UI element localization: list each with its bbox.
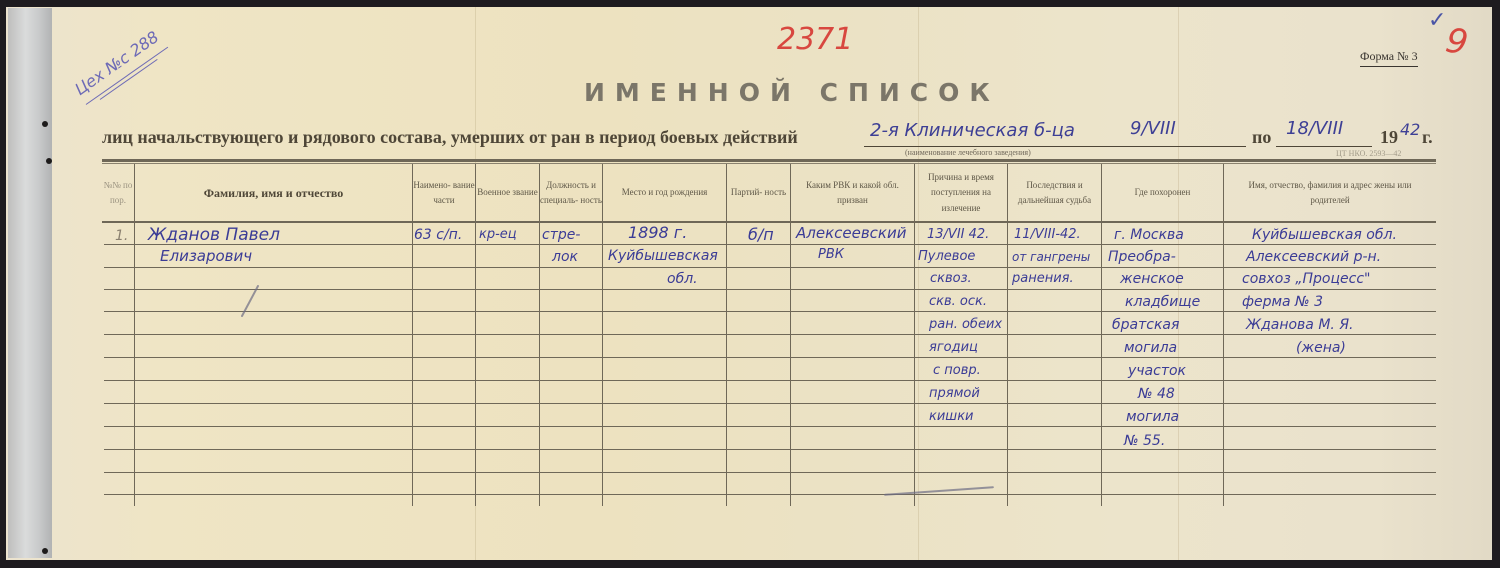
- table-header-rule: [102, 221, 1436, 223]
- col-header-buried: Где похоронен: [1102, 166, 1223, 220]
- binding-tape: [8, 8, 52, 558]
- cell-buried-line: № 55.: [1124, 430, 1165, 452]
- cell-position-line: лок: [552, 246, 578, 268]
- binding-hole: [46, 158, 52, 164]
- red-stamp-number: 2371: [777, 22, 853, 57]
- col-header-rank: Военное звание: [476, 166, 539, 220]
- table-top-rule: [102, 159, 1436, 162]
- institution-name: 2-я Клиническая б-ца: [870, 120, 1075, 141]
- cell-cause-line: ягодиц: [929, 337, 978, 359]
- year-suffix: г.: [1422, 127, 1433, 148]
- row-rule: [104, 289, 1436, 290]
- cell-cause-line: с повр.: [933, 360, 981, 382]
- cell-buried-line: братская: [1112, 314, 1179, 336]
- row-rule: [104, 472, 1436, 473]
- document-subtitle: лиц начальствующего и рядового состава, …: [102, 127, 798, 148]
- row-rule: [104, 311, 1436, 312]
- cell-position-line: стре-: [542, 224, 580, 246]
- cell-buried-line: Преобра-: [1108, 246, 1176, 268]
- institution-caption: (наименование лечебного заведения): [905, 148, 1031, 157]
- cell-cause-line: ран. обеих: [929, 314, 1002, 336]
- cell-birth-line: Куйбышевская: [608, 245, 718, 267]
- cell-buried-line: г. Москва: [1114, 224, 1184, 246]
- cell-rvk-line: Алексеевский: [796, 222, 907, 244]
- binding-hole: [42, 121, 48, 127]
- col-header-name: Фамилия, имя и отчество: [135, 166, 412, 220]
- cell-cause-line: скв. оск.: [929, 291, 987, 313]
- cell-rank: кр-ец: [479, 224, 517, 246]
- cell-outcome-line: 11/VIII-42.: [1014, 224, 1081, 246]
- row-rule: [104, 426, 1436, 427]
- col-header-rvk: Каким РВК и какой обл. призван: [791, 166, 914, 220]
- cell-buried-line: женское: [1120, 268, 1184, 290]
- cell-buried-line: № 48: [1138, 383, 1175, 405]
- checkmark-icon: ✓: [1428, 8, 1446, 33]
- date-to-label: по: [1252, 127, 1271, 148]
- cell-cause-line: прямой: [929, 383, 980, 405]
- cell-party: б/п: [748, 224, 774, 246]
- row-rule: [104, 334, 1436, 335]
- cell-num: 1.: [115, 225, 128, 247]
- binding-hole: [42, 548, 48, 554]
- col-header-unit: Наимено- вание части: [413, 166, 475, 220]
- cell-cause-line: 13/VII 42.: [927, 224, 989, 246]
- cell-buried-line: кладбище: [1125, 291, 1200, 313]
- document-title: ИМЕННОЙ СПИСОК: [584, 78, 1000, 107]
- cell-birth-line: 1898 г.: [628, 222, 687, 244]
- cell-outcome-line: ранения.: [1012, 268, 1074, 290]
- cell-buried-line: участок: [1128, 360, 1186, 382]
- year-handwritten: 42: [1400, 120, 1420, 139]
- col-header-num: №№ по пор.: [102, 166, 134, 220]
- cell-name-line: Елизарович: [160, 245, 252, 267]
- row-rule: [104, 494, 1436, 495]
- form-number: Форма № 3: [1360, 49, 1418, 67]
- row-rule: [104, 357, 1436, 358]
- col-header-party: Партий- ность: [727, 166, 790, 220]
- cell-relatives-line: ферма № 3: [1242, 291, 1323, 313]
- institution-line: [864, 146, 1246, 147]
- col-header-birth: Место и год рождения: [603, 166, 726, 220]
- cell-cause-line: сквоз.: [930, 268, 972, 290]
- date-to-line: [1276, 146, 1372, 147]
- cell-name-line: Жданов Павел: [148, 224, 280, 246]
- cell-cause-line: Пулевое: [918, 246, 975, 268]
- col-header-cause: Причина и время поступления на излечение: [915, 166, 1007, 220]
- cell-cause-line: кишки: [929, 406, 974, 428]
- row-rule: [104, 380, 1436, 381]
- date-from: 9/VIII: [1130, 118, 1176, 139]
- col-header-position: Должность и специаль- ность: [540, 166, 602, 220]
- cell-outcome-line: от гангрены: [1012, 246, 1090, 268]
- row-rule: [104, 449, 1436, 450]
- row-rule: [104, 403, 1436, 404]
- cell-relatives-line: Куйбышевская обл.: [1252, 224, 1397, 246]
- cell-relatives-line: Алексеевский р-н.: [1246, 246, 1381, 268]
- cell-relatives-line: совхоз „Процесс": [1242, 268, 1370, 290]
- cell-birth-line: обл.: [667, 268, 698, 290]
- cell-buried-line: могила: [1124, 337, 1177, 359]
- row-rule: [104, 267, 1436, 268]
- date-to: 18/VIII: [1286, 118, 1343, 139]
- cell-relatives-line: (жена): [1296, 337, 1346, 359]
- cell-buried-line: могила: [1126, 406, 1179, 428]
- table-top-rule: [102, 163, 1436, 164]
- year-prefix: 19: [1380, 127, 1398, 148]
- col-header-outcome: Последствия и дальнейшая судьба: [1008, 166, 1101, 220]
- col-header-relatives: Имя, отчество, фамилия и адрес жены или …: [1224, 166, 1436, 220]
- cell-relatives-line: Жданова М. Я.: [1246, 314, 1354, 336]
- cell-unit: 63 с/п.: [414, 224, 462, 246]
- print-code: ЦТ НКО. 2593—42: [1336, 149, 1401, 158]
- cell-rvk-line: РВК: [818, 244, 844, 266]
